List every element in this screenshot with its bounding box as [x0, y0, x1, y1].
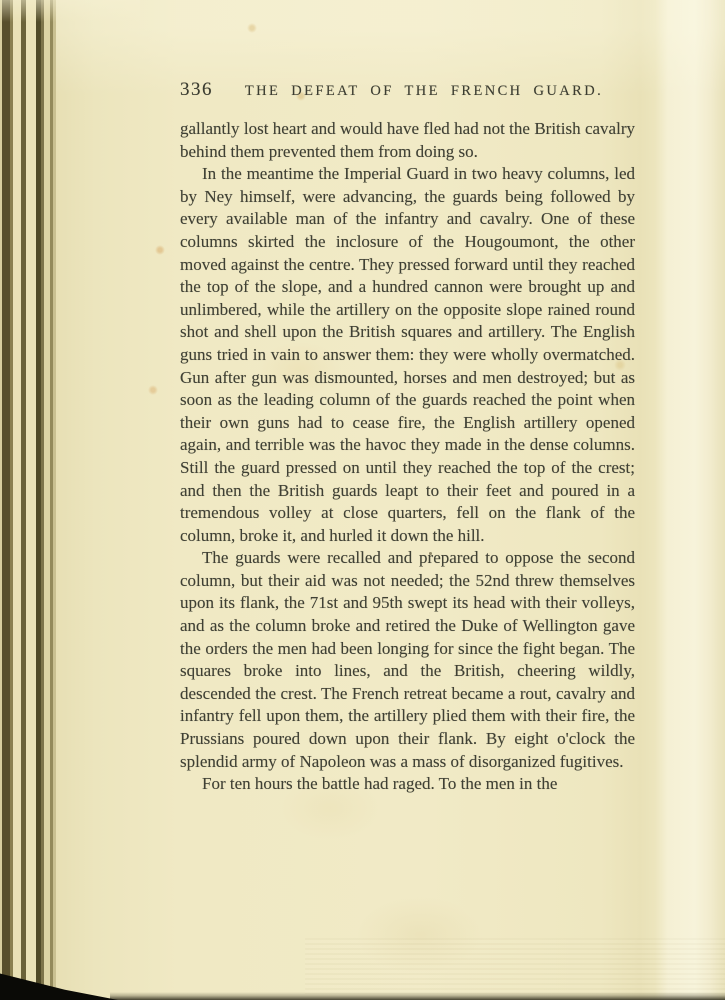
page-number: 336 [180, 79, 213, 101]
paragraph: In the meantime the Imperial Guard in tw… [180, 163, 635, 547]
paragraph: For ten hours the battle had raged. To t… [180, 773, 635, 796]
printing-fleck [429, 552, 432, 555]
scanned-book-page-photo: 336 THE DEFEAT OF THE FRENCH GUARD. gall… [0, 0, 725, 1000]
spine-top-highlight [0, 0, 140, 22]
scan-streaks [305, 938, 725, 994]
page-text: gallantly lost heart and would have fled… [180, 118, 635, 796]
running-title: THE DEFEAT OF THE FRENCH GUARD. [213, 83, 635, 100]
paragraph: gallantly lost heart and would have fled… [180, 118, 635, 163]
bottom-edge-shadow [110, 992, 725, 1000]
page-header: 336 THE DEFEAT OF THE FRENCH GUARD. [180, 79, 635, 101]
paragraph: The guards were recalled and prepared to… [180, 547, 635, 773]
book-spine-page-edges [0, 0, 56, 1000]
book-page: 336 THE DEFEAT OF THE FRENCH GUARD. gall… [180, 79, 635, 796]
